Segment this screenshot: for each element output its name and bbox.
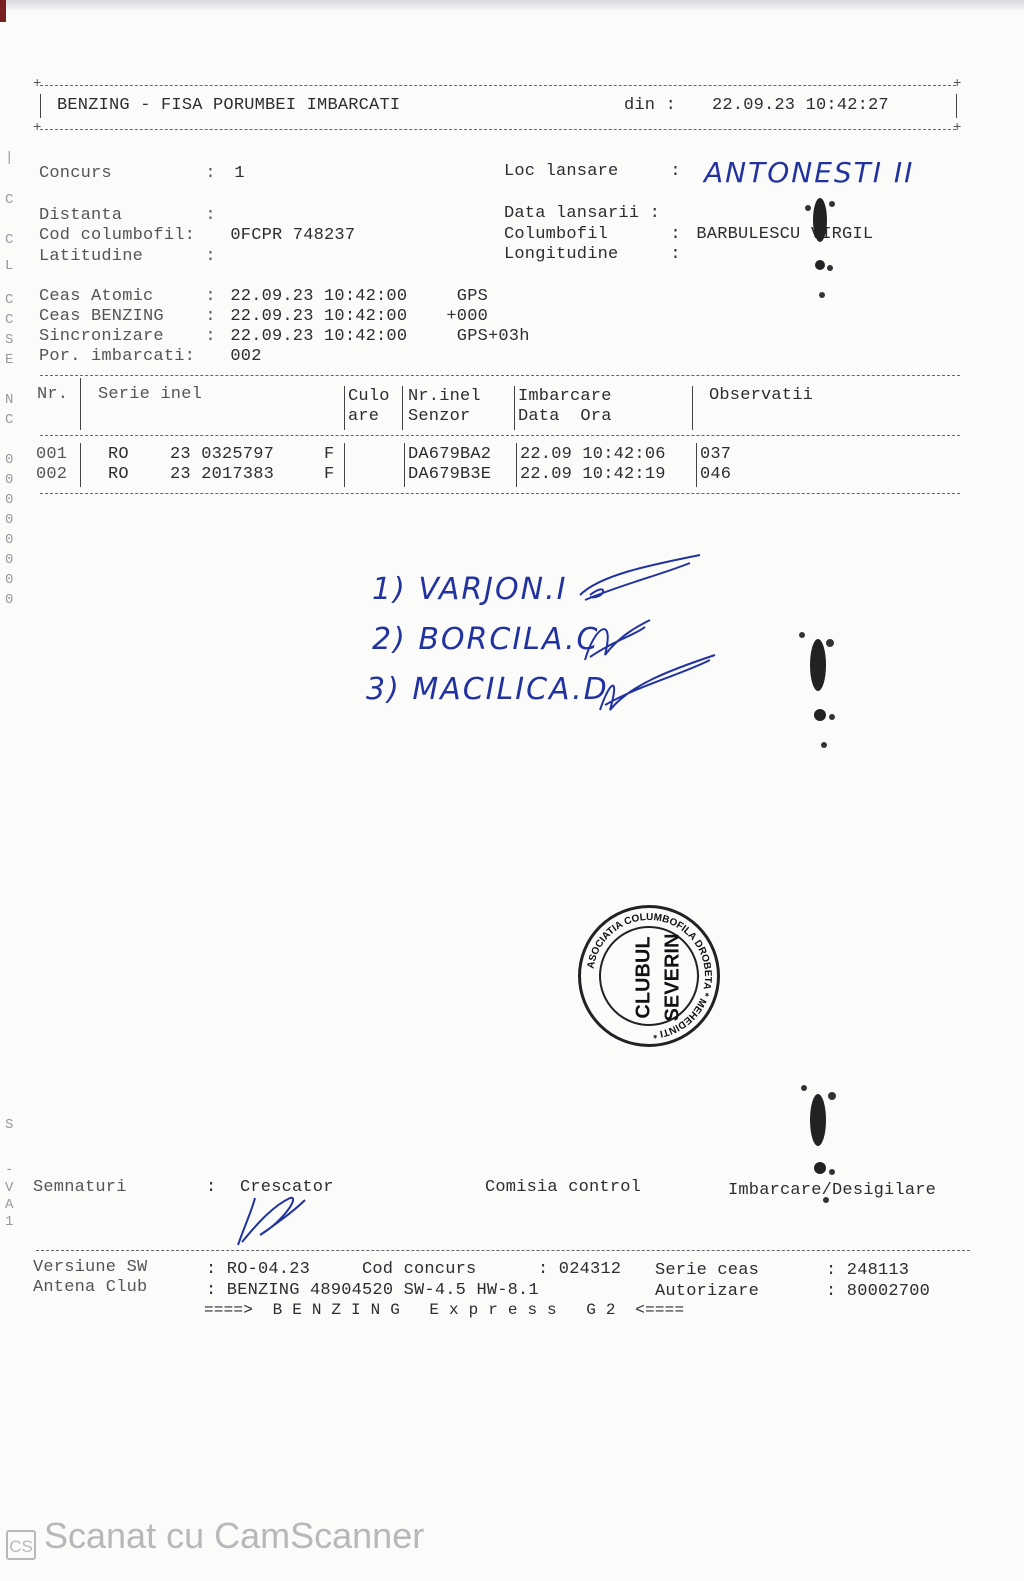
loc-lansare-label: Loc lansare :	[504, 162, 681, 181]
margin-char: -	[5, 1162, 13, 1178]
margin-char: S	[5, 1117, 13, 1133]
signatures-label: Semnaturi	[33, 1178, 127, 1197]
club-stamp: ASOCIATIA COLUMBOFILA DROBETA * MEHEDINT…	[578, 905, 720, 1047]
row-country: RO	[108, 465, 129, 484]
ceas-benzing-extra: +000	[436, 307, 488, 326]
margin-char: A	[5, 1197, 13, 1213]
concurs-value: 1	[224, 164, 245, 183]
scan-edge	[0, 0, 1024, 10]
stamp-line-1: CLUBUL	[633, 936, 656, 1018]
distanta-label: Distanta :	[39, 206, 216, 225]
scan-edge-mark	[0, 0, 6, 22]
row-nr: 001	[36, 445, 67, 464]
porumbei-imbarcati-value: 002	[220, 347, 262, 366]
divider	[956, 94, 957, 118]
header-senzor-1: Nr.inel	[408, 387, 481, 406]
porumbei-imbarcati-label: Por. imbarcati:	[39, 347, 195, 366]
autorizare-label: Autorizare	[655, 1282, 759, 1301]
margin-char: C	[5, 192, 13, 208]
serie-ceas-label: Serie ceas	[655, 1261, 759, 1280]
margin-char: 1	[5, 1214, 13, 1230]
row-observatii: 046	[700, 465, 731, 484]
column-divider	[516, 443, 517, 487]
sincronizare-extra: GPS+03h	[436, 327, 530, 346]
row-imbarcare: 22.09 10:42:19	[520, 465, 666, 484]
ceas-atomic-extra: GPS	[436, 287, 488, 306]
divider	[40, 94, 41, 118]
margin-char: 0	[5, 512, 13, 528]
margin-char: 0	[5, 492, 13, 508]
row-observatii: 037	[700, 445, 731, 464]
header-serie: Serie inel	[98, 385, 202, 404]
sincronizare-label: Sincronizare :	[39, 327, 216, 346]
date-value: 22.09.23 10:42:27	[712, 96, 889, 115]
margin-char: L	[5, 258, 13, 274]
header-imbarcare-2: Data Ora	[518, 407, 612, 426]
column-divider	[404, 443, 405, 487]
longitudine-label: Longitudine :	[504, 245, 681, 264]
margin-char: 0	[5, 452, 13, 468]
column-divider	[696, 443, 697, 487]
stamp-line-2: SEVERIN	[661, 934, 684, 1022]
margin-char: |	[5, 150, 13, 166]
versiune-label: Versiune SW	[33, 1258, 147, 1277]
row-sex: F	[324, 465, 334, 484]
margin-char: V	[5, 1180, 13, 1196]
benzing-banner: ====> B E N Z I N G E x p r e s s G 2 <=…	[204, 1301, 684, 1319]
margin-char: C	[5, 412, 13, 428]
footer-divider	[36, 1250, 970, 1251]
serie-ceas-value: : 248113	[826, 1261, 909, 1280]
corner: +	[33, 77, 41, 91]
ceas-atomic-value: 22.09.23 10:42:00	[220, 287, 407, 306]
row-sex: F	[324, 445, 334, 464]
column-divider	[514, 386, 515, 430]
sincronizare-value: 22.09.23 10:42:00	[220, 327, 407, 346]
cod-columbofil-value: 0FCPR 748237	[220, 226, 355, 245]
ceas-benzing-label: Ceas BENZING :	[39, 307, 216, 326]
header-culoare-2: are	[348, 407, 379, 426]
cod-concurs-label: Cod concurs	[362, 1260, 476, 1279]
row-imbarcare: 22.09 10:42:06	[520, 445, 666, 464]
header-observatii: Observatii	[709, 386, 813, 405]
latitudine-label: Latitudine :	[39, 247, 216, 266]
margin-char: C	[5, 292, 13, 308]
row-ring: 23 2017383	[170, 465, 274, 484]
header-culoare-1: Culo	[348, 387, 390, 406]
ceas-benzing-value: 22.09.23 10:42:00	[220, 307, 407, 326]
row-country: RO	[108, 445, 129, 464]
margin-char: C	[5, 232, 13, 248]
data-lansarii-label: Data lansarii :	[504, 204, 660, 223]
concurs-label: Concurs :	[39, 164, 216, 183]
loc-lansare-handwritten: ANTONESTI II	[704, 156, 914, 189]
signature-imbarcare-label: Imbarcare/Desigilare	[728, 1181, 936, 1200]
margin-char: S	[5, 332, 13, 348]
row-nr: 002	[36, 465, 67, 484]
antena-label: Antena Club	[33, 1278, 147, 1297]
table-border	[40, 435, 960, 436]
row-senzor: DA679BA2	[408, 445, 491, 464]
corner: +	[953, 121, 961, 135]
corner: +	[33, 121, 41, 135]
margin-char: 0	[5, 572, 13, 588]
autorizare-value: : 80002700	[826, 1282, 930, 1301]
versiune-value: : RO-04.23	[206, 1260, 310, 1279]
column-divider	[80, 443, 81, 487]
crescator-signature	[230, 1190, 320, 1250]
margin-char: E	[5, 352, 13, 368]
margin-char: N	[5, 392, 13, 408]
column-divider	[344, 386, 345, 430]
row-senzor: DA679B3E	[408, 465, 491, 484]
commission-member-1: 1) VARJON.I	[372, 572, 567, 607]
corner: +	[953, 77, 961, 91]
margin-char: 0	[5, 472, 13, 488]
signatures-sep: :	[206, 1178, 216, 1197]
camscanner-watermark: Scanat cu CamScanner	[44, 1515, 424, 1557]
divider	[40, 85, 956, 86]
antena-value: : BENZING 48904520 SW-4.5 HW-8.1	[206, 1281, 539, 1300]
cod-columbofil-label: Cod columbofil:	[39, 226, 195, 245]
margin-char: 0	[5, 592, 13, 608]
column-divider	[80, 378, 81, 430]
signature-comisia-label: Comisia control	[485, 1178, 641, 1197]
camscanner-logo-icon: CS	[6, 1530, 36, 1560]
column-divider	[344, 443, 345, 487]
signature-scribbles	[560, 545, 730, 725]
date-label: din :	[624, 96, 676, 115]
columbofil-label: Columbofil :	[504, 225, 681, 244]
cod-concurs-value: : 024312	[538, 1260, 621, 1279]
ink-stain	[790, 625, 850, 755]
column-divider	[402, 386, 403, 430]
table-border	[40, 375, 960, 376]
margin-char: 0	[5, 552, 13, 568]
header-imbarcare-1: Imbarcare	[518, 387, 612, 406]
margin-char: 0	[5, 532, 13, 548]
ink-stain	[790, 190, 850, 310]
column-divider	[692, 386, 693, 430]
table-border	[40, 493, 960, 494]
divider	[40, 129, 956, 130]
row-ring: 23 0325797	[170, 445, 274, 464]
header-senzor-2: Senzor	[408, 407, 470, 426]
header-nr: Nr.	[37, 385, 68, 404]
margin-char: C	[5, 312, 13, 328]
document-title: BENZING - FISA PORUMBEI IMBARCATI	[57, 96, 400, 115]
ceas-atomic-label: Ceas Atomic :	[39, 287, 216, 306]
